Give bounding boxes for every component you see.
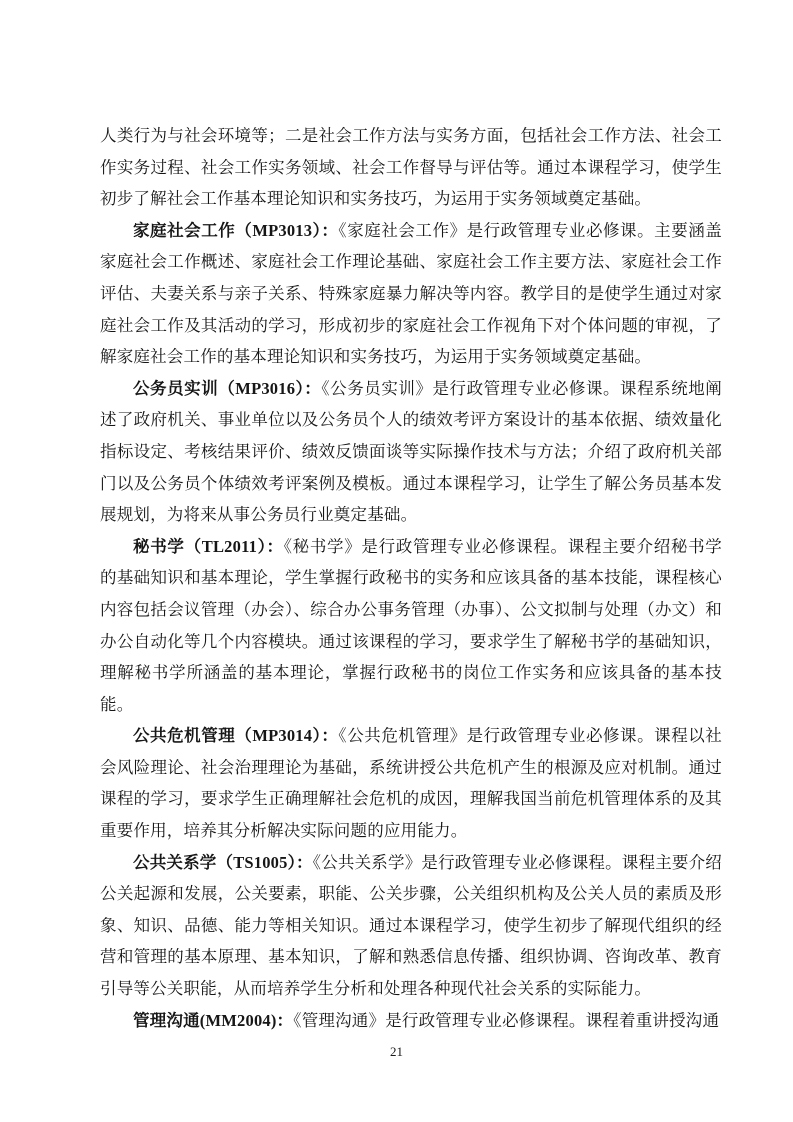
paragraph-public-crisis-management: 公共危机管理（MP3014）：《公共危机管理》是行政管理专业必修课。课程以社会风… — [100, 720, 722, 846]
paragraph-text: 《秘书学》是行政管理专业必修课程。课程主要介绍秘书学的基础知识和基本理论，学生掌… — [100, 537, 722, 714]
paragraph-social-work-continuation: 人类行为与社会环境等；二是社会工作方法与实务方面，包括社会工作方法、社会工作实务… — [100, 120, 722, 215]
page-number: 21 — [0, 1044, 793, 1060]
course-heading-secretarial-science: 秘书学（TL2011）： — [133, 537, 284, 556]
paragraph-civil-servant-training: 公务员实训（MP3016）：《公务员实训》是行政管理专业必修课。课程系统地阐述了… — [100, 373, 722, 531]
paragraph-text: 《管理沟通》是行政管理专业必修课程。课程着重讲授沟通 — [293, 1011, 719, 1030]
course-heading-family-social-work: 家庭社会工作（MP3013）： — [133, 221, 338, 240]
paragraph-family-social-work: 家庭社会工作（MP3013）：《家庭社会工作》是行政管理专业必修课。主要涵盖家庭… — [100, 215, 722, 373]
course-heading-public-crisis-management: 公共危机管理（MP3014）： — [133, 726, 338, 745]
paragraph-text: 《家庭社会工作》是行政管理专业必修课。主要涵盖家庭社会工作概述、家庭社会工作理论… — [100, 221, 722, 366]
paragraph-text: 《公务员实训》是行政管理专业必修课。课程系统地阐述了政府机关、事业单位以及公务员… — [100, 379, 722, 524]
course-heading-management-communication: 管理沟通(MM2004)： — [133, 1011, 293, 1030]
course-heading-public-relations: 公共关系学（TS1005）： — [133, 853, 313, 872]
document-page: 人类行为与社会环境等；二是社会工作方法与实务方面，包括社会工作方法、社会工作实务… — [0, 0, 793, 1122]
course-heading-civil-servant-training: 公务员实训（MP3016）： — [133, 379, 321, 398]
paragraph-management-communication: 管理沟通(MM2004)：《管理沟通》是行政管理专业必修课程。课程着重讲授沟通 — [100, 1005, 722, 1037]
paragraph-public-relations: 公共关系学（TS1005）：《公共关系学》是行政管理专业必修课程。课程主要介绍公… — [100, 847, 722, 1005]
paragraph-secretarial-science: 秘书学（TL2011）：《秘书学》是行政管理专业必修课程。课程主要介绍秘书学的基… — [100, 531, 722, 721]
document-content: 人类行为与社会环境等；二是社会工作方法与实务方面，包括社会工作方法、社会工作实务… — [100, 120, 722, 1036]
paragraph-text: 《公共关系学》是行政管理专业必修课程。课程主要介绍公关起源和发展，公关要素，职能… — [100, 853, 722, 998]
paragraph-text: 人类行为与社会环境等；二是社会工作方法与实务方面，包括社会工作方法、社会工作实务… — [100, 126, 722, 208]
